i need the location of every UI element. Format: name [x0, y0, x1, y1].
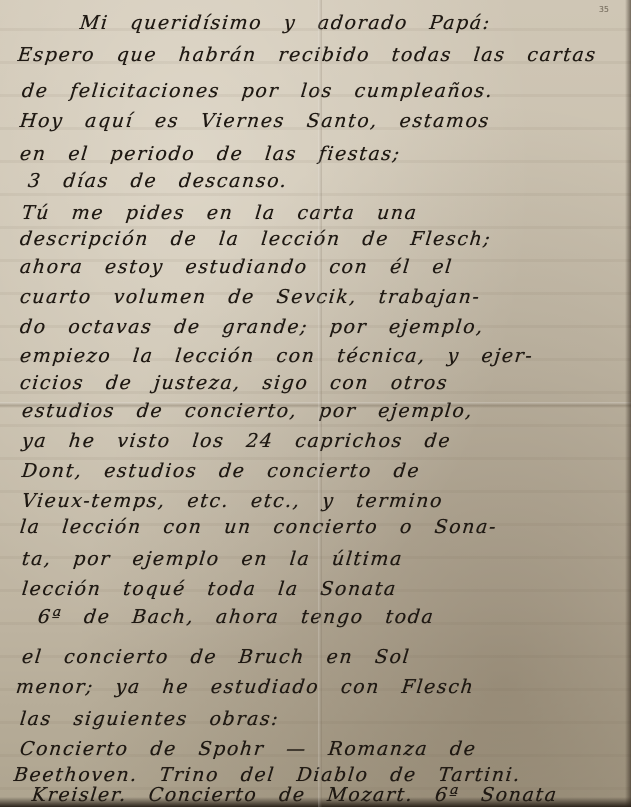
handwritten-line: estudios de concierto, por ejemplo, — [21, 400, 474, 422]
handwritten-line: Beethoven. Trino del Diablo de Tartini. — [13, 764, 522, 786]
handwritten-line: menor; ya he estudiado con Flesch — [15, 676, 476, 698]
handwritten-line: 3 días de descanso. — [27, 170, 289, 192]
handwritten-line: Espero que habrán recibido todas las car… — [17, 44, 598, 66]
handwritten-line: Concierto de Spohr — Romanza de — [19, 738, 478, 760]
handwritten-line: ya he visto los 24 caprichos de — [21, 430, 453, 452]
handwritten-line: 6ª de Bach, ahora tengo toda — [37, 606, 436, 628]
handwritten-line: empiezo la lección con técnica, y ejer- — [19, 345, 535, 367]
handwritten-line: las siguientes obras: — [19, 708, 281, 730]
handwritten-line: ahora estoy estudiando con él el — [19, 256, 454, 278]
handwritten-line: do octavas de grande; por ejemplo, — [19, 316, 485, 338]
handwritten-line: cuarto volumen de Sevcik, trabajan- — [19, 286, 482, 308]
handwritten-line: Hoy aquí es Viernes Santo, estamos — [19, 110, 491, 132]
letter-page: 35 Mi queridísimo y adorado Papá:Espero … — [0, 0, 631, 807]
handwritten-line: Dont, estudios de concierto de — [21, 460, 422, 482]
handwritten-line: descripción de la lección de Flesch; — [19, 228, 493, 250]
handwritten-line: cicios de justeza, sigo con otros — [19, 372, 450, 394]
handwritten-line: de felicitaciones por los cumpleaños. — [21, 80, 495, 102]
handwritten-line: la lección con un concierto o Sona- — [19, 516, 498, 538]
paper-edge-bottom — [0, 797, 631, 807]
handwritten-line: Tú me pides en la carta una — [21, 202, 419, 224]
handwritten-line: el concierto de Bruch en Sol — [21, 646, 412, 668]
handwritten-line: ta, por ejemplo en la última — [21, 548, 404, 570]
handwritten-line: Mi queridísimo y adorado Papá: — [79, 12, 492, 34]
paper-edge-right — [625, 0, 631, 807]
handwritten-line: en el periodo de las fiestas; — [19, 143, 402, 165]
handwritten-line: lección toqué toda la Sonata — [21, 578, 398, 600]
page-number: 35 — [599, 5, 609, 14]
handwritten-line: Vieux-temps, etc. etc., y termino — [21, 490, 444, 512]
